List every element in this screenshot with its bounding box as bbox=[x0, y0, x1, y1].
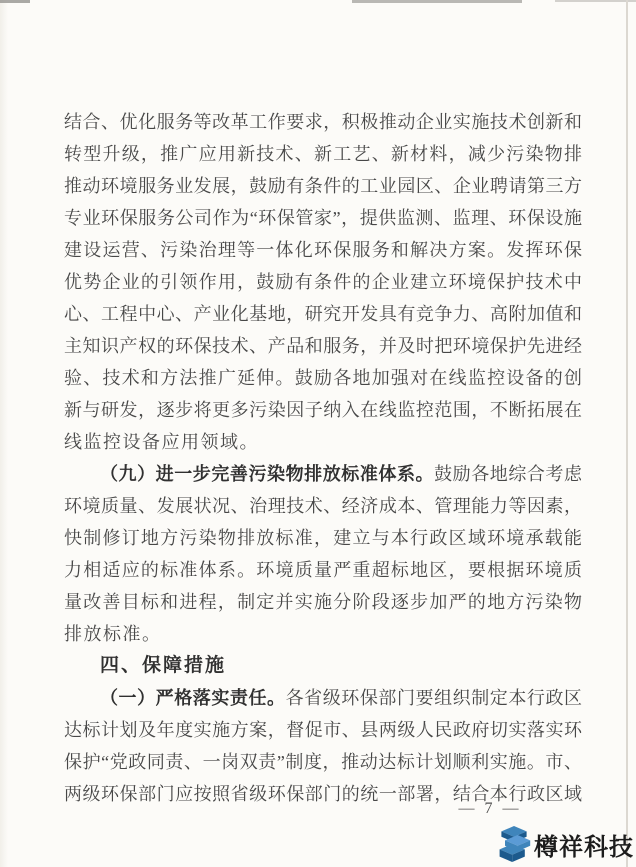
emphasized-text: （一）严格落实责任。 bbox=[100, 688, 286, 708]
watermark-logo-icon bbox=[496, 823, 532, 865]
body-text: 结合、优化服务等改革工作要求，积极推动企业实施技术创新和 bbox=[64, 112, 582, 132]
body-text: 建设运营、污染治理等一体化环保服务和解决方案。发挥环保 bbox=[64, 240, 582, 260]
body-text: 保护“党政同责、一岗双责”制度，推动达标计划顺利实施。市、县 bbox=[64, 752, 582, 778]
body-text: 鼓励各地综合考虑 bbox=[434, 464, 582, 484]
text-line: 新与研发，逐步将更多污染因子纳入在线监控范围，不断拓展在 bbox=[64, 394, 582, 426]
watermark: 樽祥科技 bbox=[496, 823, 634, 865]
body-text: 主知识产权的环保技术、产品和服务，并及时把环境保护先进经 bbox=[64, 336, 582, 356]
section-heading: 四、保障措施 bbox=[64, 650, 582, 682]
text-line: 快制修订地方污染物排放标准，建立与本行政区域环境承载能 bbox=[64, 522, 582, 554]
scan-edge-artifact bbox=[555, 0, 636, 2]
body-text: 达标计划及年度实施方案，督促市、县两级人民政府切实落实环境 bbox=[64, 720, 582, 746]
text-line: （九）进一步完善污染物排放标准体系。鼓励各地综合考虑 bbox=[64, 458, 582, 490]
text-line: 量改善目标和进程，制定并实施分阶段逐步加严的地方污染物 bbox=[64, 586, 582, 618]
watermark-text: 樽祥科技 bbox=[534, 827, 634, 862]
body-text: 心、工程中心、产业化基地，研究开发具有竞争力、高附加值和自 bbox=[64, 304, 582, 330]
text-line: 排放标准。 bbox=[64, 618, 582, 650]
text-line: 转型升级，推广应用新技术、新工艺、新材料，减少污染物排放。 bbox=[64, 138, 582, 170]
text-line: 达标计划及年度实施方案，督促市、县两级人民政府切实落实环境 bbox=[64, 714, 582, 746]
emphasized-text: 四、保障措施 bbox=[100, 655, 226, 676]
text-line: 验、技术和方法推广延伸。鼓励各地加强对在线监控设备的创 bbox=[64, 362, 582, 394]
body-text: 新与研发，逐步将更多污染因子纳入在线监控范围，不断拓展在 bbox=[64, 400, 582, 420]
text-line: 环境质量、发展状况、治理技术、经济成本、管理能力等因素，加 bbox=[64, 490, 582, 522]
text-line: （一）严格落实责任。各省级环保部门要组织制定本行政区域 bbox=[64, 682, 582, 714]
body-text: 快制修订地方污染物排放标准，建立与本行政区域环境承载能 bbox=[64, 528, 582, 548]
body-text: 排放标准。 bbox=[64, 624, 162, 644]
body-text: 环境质量、发展状况、治理技术、经济成本、管理能力等因素，加 bbox=[64, 496, 582, 522]
text-line: 建设运营、污染治理等一体化环保服务和解决方案。发挥环保 bbox=[64, 234, 582, 266]
text-line: 心、工程中心、产业化基地，研究开发具有竞争力、高附加值和自 bbox=[64, 298, 582, 330]
text-line: 推动环境服务业发展，鼓励有条件的工业园区、企业聘请第三方 bbox=[64, 170, 582, 202]
body-text: 转型升级，推广应用新技术、新工艺、新材料，减少污染物排放。 bbox=[64, 144, 582, 170]
text-line: 保护“党政同责、一岗双责”制度，推动达标计划顺利实施。市、县 bbox=[64, 746, 582, 778]
body-text: 优势企业的引领作用，鼓励有条件的企业建立环境保护技术中 bbox=[64, 272, 582, 292]
document-body: 结合、优化服务等改革工作要求，积极推动企业实施技术创新和转型升级，推广应用新技术… bbox=[64, 106, 582, 810]
body-text: 推动环境服务业发展，鼓励有条件的工业园区、企业聘请第三方 bbox=[64, 176, 582, 196]
text-line: 结合、优化服务等改革工作要求，积极推动企业实施技术创新和 bbox=[64, 106, 582, 138]
body-text: 力相适应的标准体系。环境质量严重超标地区，要根据环境质 bbox=[64, 560, 582, 580]
scan-edge-artifact bbox=[352, 0, 522, 3]
text-line: 优势企业的引领作用，鼓励有条件的企业建立环境保护技术中 bbox=[64, 266, 582, 298]
text-line: 力相适应的标准体系。环境质量严重超标地区，要根据环境质 bbox=[64, 554, 582, 586]
body-text: 专业环保服务公司作为“环保管家”，提供监测、监理、环保设施 bbox=[64, 208, 582, 228]
text-line: 专业环保服务公司作为“环保管家”，提供监测、监理、环保设施 bbox=[64, 202, 582, 234]
document-page: 结合、优化服务等改革工作要求，积极推动企业实施技术创新和转型升级，推广应用新技术… bbox=[0, 0, 636, 867]
emphasized-text: （九）进一步完善污染物排放标准体系。 bbox=[100, 464, 434, 484]
page-number: — 7 — bbox=[430, 800, 550, 818]
text-line: 线监控设备应用领域。 bbox=[64, 426, 582, 458]
body-text: 量改善目标和进程，制定并实施分阶段逐步加严的地方污染物 bbox=[64, 592, 582, 612]
body-text: 线监控设备应用领域。 bbox=[64, 432, 259, 452]
scan-edge-artifact bbox=[0, 0, 30, 3]
scan-edge-artifact bbox=[626, 0, 628, 867]
scan-edge-artifact bbox=[0, 0, 8, 867]
body-text: 验、技术和方法推广延伸。鼓励各地加强对在线监控设备的创 bbox=[64, 368, 582, 388]
text-line: 主知识产权的环保技术、产品和服务，并及时把环境保护先进经 bbox=[64, 330, 582, 362]
